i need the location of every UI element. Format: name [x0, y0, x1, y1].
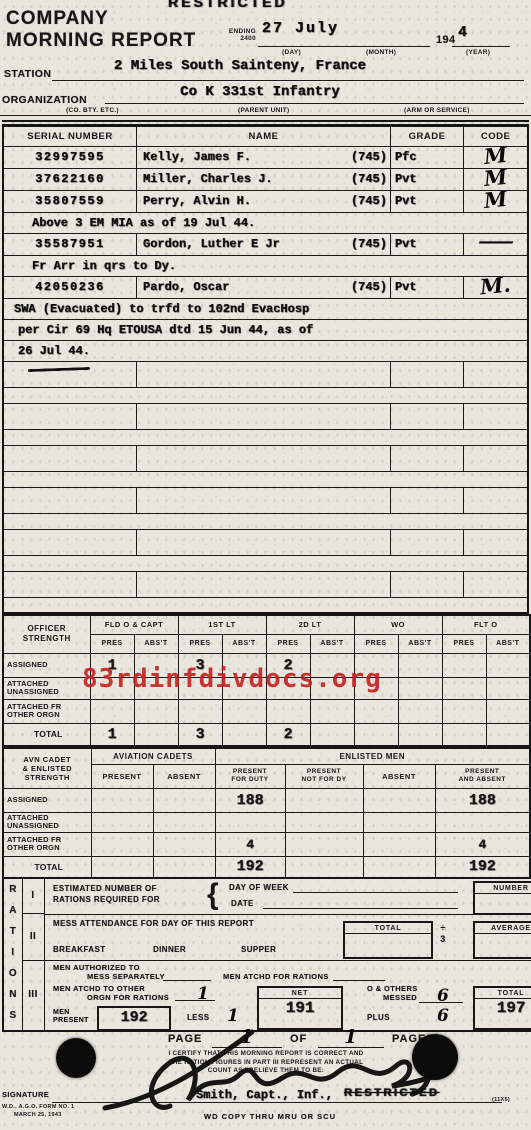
year-value: 4: [458, 24, 467, 41]
signature-label: SIGNATURE: [2, 1090, 49, 1099]
rations-total-box: TOTAL 197: [473, 986, 531, 1030]
soldier-mos: (745): [351, 237, 387, 251]
parent-unit-label: (PARENT UNIT): [238, 107, 289, 114]
roster-note-row: 26 Jul 44.: [3, 340, 528, 361]
soldier-serial: 37622160: [3, 168, 137, 190]
code-handwritten: M.: [479, 276, 511, 296]
mess-attendance-label: MESS ATTENDANCE FOR DAY OF THIS REPORT: [53, 919, 254, 928]
enlisted-attached-other-row: ATTACHED FROTHER ORGN 4 4: [3, 832, 530, 856]
others-messed-value: 6: [437, 986, 449, 1006]
form-title-company: COMPANY: [6, 8, 109, 30]
roster-blank-spacer: [3, 555, 528, 571]
col-2d-lt: 2D LT: [266, 615, 354, 634]
soldier-serial: 32997595: [3, 146, 137, 168]
code-handwritten-dash: —: [477, 233, 515, 252]
roster-note: Fr Arr in qrs to Dy.: [3, 255, 528, 276]
roster-note: Above 3 EM MIA as of 19 Jul 44.: [3, 212, 528, 233]
roster-blank-spacer: [3, 597, 528, 613]
soldier-grade: Pvt: [390, 233, 463, 255]
rations-vertical-label: RATIONS: [4, 879, 22, 1026]
enlisted-strength-table: AVN CADET & ENLISTED STRENGTH AVIATION C…: [2, 747, 531, 879]
station-label: STATION: [4, 68, 51, 80]
group-enlisted-men: ENLISTED MEN: [215, 748, 530, 764]
em-total-pres-duty: 192: [215, 856, 285, 878]
dinner-label: DINNER: [153, 945, 186, 954]
roster-col-name: NAME: [137, 126, 391, 146]
arm-or-service-label: (ARM OR SERVICE): [404, 107, 470, 114]
men-atchd-for-rations-label: MEN ATCHD FOR RATIONS: [223, 972, 329, 981]
size-note: (11X5): [492, 1097, 510, 1103]
roster-note: 26 Jul 44.: [3, 340, 528, 361]
ending-label: ENDING: [214, 28, 256, 35]
off-total-1lt-pres: 3: [178, 723, 222, 746]
roster-blank-spacer: [3, 387, 528, 403]
soldier-name: Pardo, Oscar: [143, 280, 229, 294]
morning-report-scan: RESTRICTED COMPANY MORNING REPORT ENDING…: [0, 0, 531, 1130]
rations-section: RATIONS I II III ESTIMATED NUMBER OF RAT…: [2, 877, 531, 1032]
em-total-pres-abs: 192: [435, 856, 530, 878]
soldier-name: Gordon, Luther E Jr: [143, 237, 280, 251]
enlisted-total-row: TOTAL 192 192: [3, 856, 530, 878]
roster-note: SWA (Evacuated) to trfd to 102nd EvacHos…: [3, 298, 528, 319]
date-label: DATE: [231, 899, 254, 908]
organization-value: Co K 331st Infantry: [120, 84, 400, 100]
roster-blank-row: [3, 529, 528, 555]
em-attached-pres-duty: 4: [215, 832, 285, 856]
signature-typed-name: Smith, Capt., Inf.,: [196, 1088, 333, 1102]
roster-row: 35587951 Gordon, Luther E Jr(745) Pvt —: [3, 233, 528, 255]
roster-blank-row: [3, 571, 528, 597]
report-date-value: 27 July: [262, 20, 339, 37]
soldier-mos: (745): [351, 172, 387, 186]
less-label: LESS: [187, 1013, 210, 1022]
soldier-name: Perry, Alvin H.: [143, 194, 251, 208]
soldier-serial: 35587951: [3, 233, 137, 255]
year-label: (YEAR): [466, 49, 490, 56]
net-value: 191: [259, 999, 341, 1017]
station-value: 2 Miles South Sainteny, France: [55, 58, 425, 74]
rations-numeral-3: III: [22, 961, 44, 1028]
roster-blank-row: [3, 361, 528, 387]
rations-row-1: ESTIMATED NUMBER OF RATIONS REQUIRED FOR…: [45, 879, 531, 915]
month-label: (MONTH): [366, 49, 396, 56]
copy-note: WD COPY THRU MRU OR SCU: [150, 1112, 390, 1121]
roster-blank-spacer: [3, 513, 528, 529]
orgn-for-rations-label: ORGN FOR RATIONS: [87, 993, 169, 1002]
roster-col-serial: SERIAL NUMBER: [3, 126, 137, 146]
soldier-mos: (745): [351, 150, 387, 164]
roster-blank-row: [3, 403, 528, 429]
roster-row: 37622160 Miller, Charles J.(745) Pvt M: [3, 168, 528, 190]
roster-blank-spacer: [3, 471, 528, 487]
roster-blank-row: [3, 445, 528, 471]
restricted-stamp-top: RESTRICTED: [168, 0, 287, 10]
supper-label: SUPPER: [241, 945, 276, 954]
rations-numeral-1: I: [22, 879, 44, 914]
ending-2400-label: 2400: [214, 35, 256, 42]
officer-strength-title: OFFICER: [4, 624, 90, 634]
col-flt-o: FLT O: [442, 615, 530, 634]
roster-row: 32997595 Kelly, James F.(745) Pfc M: [3, 146, 528, 168]
roster-blank-spacer: [3, 429, 528, 445]
group-aviation-cadets: AVIATION CADETS: [91, 748, 215, 764]
enlisted-assigned-row: ASSIGNED 188 188: [3, 788, 530, 812]
rations-row-2: MESS ATTENDANCE FOR DAY OF THIS REPORT B…: [45, 915, 531, 961]
mess-total-box: TOTAL: [343, 921, 433, 959]
roster-col-code: CODE: [464, 126, 528, 146]
mess-separately-label: MESS SEPARATELY: [87, 972, 165, 981]
code-handwritten: M: [483, 190, 508, 210]
roster-note: per Cir 69 Hq ETOUSA dtd 15 Jun 44, as o…: [3, 319, 528, 340]
soldier-grade: Pvt: [390, 190, 463, 212]
off-total-2lt-pres: 2: [266, 723, 310, 746]
brace: {: [207, 878, 219, 912]
co-bty-etc-label: (CO. BTY. ETC.): [66, 107, 119, 114]
em-assigned-pres-duty: 188: [215, 788, 285, 812]
roster-col-grade: GRADE: [390, 126, 463, 146]
roster-blank-row: [3, 487, 528, 513]
men-present-label: MEN PRESENT: [53, 1009, 89, 1025]
rations-row-3: MEN AUTHORIZED TO MESS SEPARATELY MEN AT…: [45, 962, 531, 1028]
watermark-text: 83rdinfdivdocs.org: [82, 664, 382, 694]
soldier-grade: Pfc: [390, 146, 463, 168]
year-prefix: 194: [436, 34, 456, 46]
col-fld-o-capt: FLD O & CAPT: [90, 615, 178, 634]
punch-hole-left: [56, 1038, 96, 1078]
rations-total-value: 197: [475, 999, 531, 1017]
organization-label: ORGANIZATION: [2, 94, 87, 106]
form-title-morning-report: MORNING REPORT: [6, 30, 196, 52]
soldier-mos: (745): [351, 194, 387, 208]
em-assigned-pres-abs: 188: [435, 788, 530, 812]
officer-total-row: TOTAL 1 3 2: [3, 723, 530, 746]
soldier-name: Miller, Charles J.: [143, 172, 273, 186]
soldier-name: Kelly, James F.: [143, 150, 251, 164]
col-1st-lt: 1ST LT: [178, 615, 266, 634]
restricted-stamp-bottom: RESTRICTED: [344, 1087, 439, 1099]
form-id: W.D., A.G.O. FORM NO. 1: [2, 1104, 74, 1110]
roster-row: 42050236 Pardo, Oscar(745) Pvt M.: [3, 276, 528, 298]
divide-by-three: ÷ 3: [437, 923, 449, 945]
messed-label: MESSED: [383, 993, 417, 1002]
code-handwritten: M: [483, 146, 508, 166]
roster-note-row: per Cir 69 Hq ETOUSA dtd 15 Jun 44, as o…: [3, 319, 528, 340]
col-wo: WO: [354, 615, 442, 634]
rations-numeral-2: II: [22, 914, 44, 961]
soldier-serial: 35807559: [3, 190, 137, 212]
number-box: NUMBER: [473, 881, 531, 915]
soldier-mos: (745): [351, 280, 387, 294]
breakfast-label: BREAKFAST: [53, 945, 106, 954]
soldier-grade: Pvt: [390, 276, 463, 298]
roster-row: 35807559 Perry, Alvin H.(745) Pvt M: [3, 190, 528, 212]
soldier-serial: 42050236: [3, 276, 137, 298]
plus-label: PLUS: [367, 1013, 390, 1022]
roster-note-row: SWA (Evacuated) to trfd to 102nd EvacHos…: [3, 298, 528, 319]
average-box: AVERAGE: [473, 921, 531, 959]
day-of-week-label: DAY OF WEEK: [229, 883, 289, 892]
enlisted-attached-unassigned-row: ATTACHEDUNASSIGNED: [3, 812, 530, 832]
atchd-other-value: 1: [197, 984, 209, 1004]
off-total-fld-pres: 1: [90, 723, 134, 746]
soldier-grade: Pvt: [390, 168, 463, 190]
enlisted-strength-title: AVN CADET: [4, 755, 91, 764]
roster-note-row: Above 3 EM MIA as of 19 Jul 44.: [3, 212, 528, 233]
code-handwritten: M: [483, 168, 508, 188]
em-attached-pres-abs: 4: [435, 832, 530, 856]
day-label: (DAY): [282, 49, 301, 56]
roster-note-row: Fr Arr in qrs to Dy.: [3, 255, 528, 276]
form-date: MARCH 25, 1943: [14, 1112, 62, 1118]
officer-attached-other-row: ATTACHED FROTHER ORGN: [3, 699, 530, 723]
